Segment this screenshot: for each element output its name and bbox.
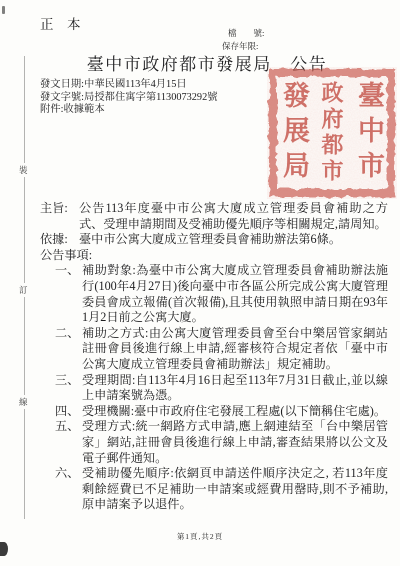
seal-column-middle: 政府都市 (313, 76, 349, 190)
item-text: 受理期間:自113年4月16日起至113年7月31日截止,並以線上申請案號為憑。 (82, 373, 388, 404)
file-number-label: 檔 號: (228, 27, 264, 39)
announcement-item-6: 六、 受補助優先順序:依網頁申請送件順序決定之, 若113年度剩餘經費已不足補助… (55, 466, 388, 513)
basis-label: 依據: (40, 232, 79, 248)
item-text: 補助對象:為臺中市公寓大廈成立管理委員會補助辦法施行(100年4月27日)後向臺… (82, 263, 388, 325)
reference-number: 發文字號:局授都住寓字第1130073292號 (40, 92, 218, 105)
announcement-item-1: 一、 補助對象:為臺中市公寓大廈成立管理委員會補助辦法施行(100年4月27日)… (55, 263, 388, 325)
attachment-note: 附件:收據範本 (40, 104, 218, 117)
issue-date: 發文日期:中華民國113年4月15日 (40, 79, 218, 92)
binding-mark-ding: 訂 (19, 283, 28, 297)
announcement-item-5: 五、 受理方式:統一網路方式申請,應上網連結至「台中樂居管家」網站,註冊會員後進… (55, 419, 388, 466)
item-number: 四、 (55, 404, 82, 420)
basis-text: 臺中市公寓大廈成立管理委員會補助辦法第6條。 (79, 232, 388, 248)
announcement-item-2: 二、 補助之方式:由公寓大廈管理委員會至台中樂居管家網站註冊會員後進行線上申請,… (55, 326, 388, 373)
item-number: 二、 (55, 326, 82, 373)
item-number: 五、 (55, 419, 82, 466)
item-number: 一、 (55, 263, 82, 325)
announcement-body: 主旨: 公告113年度臺中市公寓大廈成立管理委員會補助之方式、受理申請期間及受補… (40, 201, 388, 513)
item-text: 受補助優先順序:依網頁申請送件順序決定之, 若113年度剩餘經費已不足補助一申請… (82, 466, 388, 513)
seal-column-right: 臺中市 (349, 76, 388, 190)
basis-line: 依據: 臺中市公寓大廈成立管理委員會補助辦法第6條。 (40, 232, 388, 248)
subject-line: 主旨: 公告113年度臺中市公寓大廈成立管理委員會補助之方式、受理申請期間及受補… (40, 201, 388, 232)
announcement-item-4: 四、 受理機關:臺中市政府住宅發展工程處(以下簡稱住宅處)。 (55, 404, 388, 420)
announcement-item-3: 三、 受理期間:自113年4月16日起至113年7月31日截止,並以線上申請案號… (55, 373, 388, 404)
scan-artifact-bottom-left (0, 542, 8, 556)
binding-mark-xian: 線 (19, 395, 28, 409)
subject-label: 主旨: (40, 201, 79, 232)
seal-column-left: 發展局 (274, 76, 313, 190)
scan-artifact-top-left (2, 6, 5, 14)
item-number: 六、 (55, 466, 82, 513)
seal-script-text: 臺中市 政府都市 發展局 (276, 76, 388, 190)
item-text: 受理機關:臺中市政府住宅發展工程處(以下簡稱住宅處)。 (82, 404, 388, 420)
item-text: 補助之方式:由公寓大廈管理委員會至台中樂居管家網站註冊會員後進行線上申請,經審核… (82, 326, 388, 373)
page-number-footer: 第1頁,共2頁 (0, 531, 400, 542)
item-number: 三、 (55, 373, 82, 404)
official-seal-stamp: 臺中市 政府都市 發展局 (266, 66, 398, 200)
copy-type-label: 正 本 (40, 13, 81, 33)
scanned-announcement-document: 正 本 檔 號: 保存年限: 臺中市政府都市發展局 公告 發文日期:中華民國11… (0, 0, 400, 566)
binding-mark-zhuang: 裝 (19, 163, 28, 177)
document-meta-block: 發文日期:中華民國113年4月15日 發文字號:局授都住寓字第113007329… (40, 79, 218, 117)
subject-text: 公告113年度臺中市公寓大廈成立管理委員會補助之方式、受理申請期間及受補助優先順… (79, 201, 388, 232)
item-text: 受理方式:統一網路方式申請,應上網連結至「台中樂居管家」網站,註冊會員後進行線上… (82, 419, 388, 466)
items-header: 公告事項: (40, 248, 388, 264)
